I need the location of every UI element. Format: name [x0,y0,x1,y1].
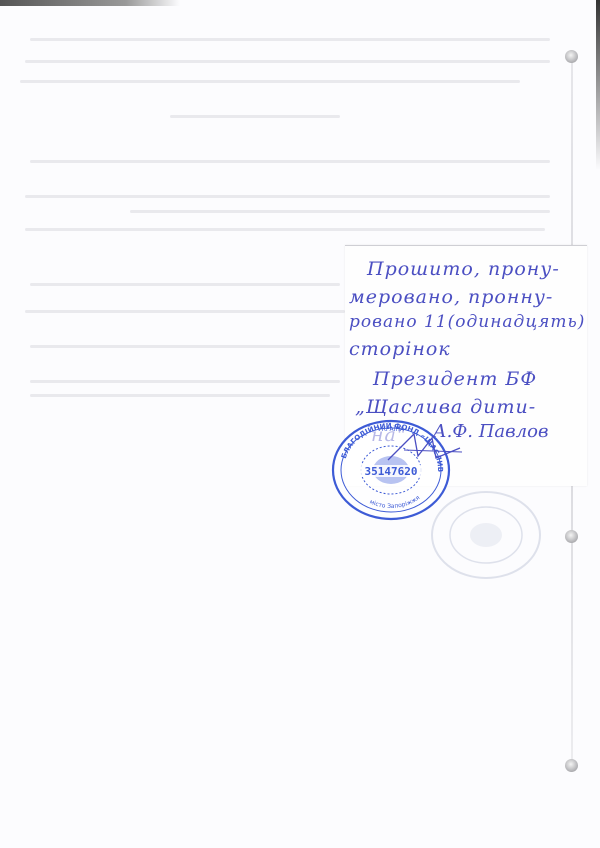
note-line: „Щаслива дити- [355,396,536,418]
binding-hole-icon [565,530,578,543]
note-line: ровано 11(одинадцять) [349,312,585,332]
note-line: сторінок [349,338,451,360]
svg-text:35147620: 35147620 [365,465,418,478]
note-line: Президент БФ [373,368,537,390]
note-line: Прошито, прону- [367,258,560,280]
binding-hole-icon [565,50,578,63]
signature: А.Ф. Павлов [433,421,548,442]
scanned-page: Прошито, прону- меровано, пронну- ровано… [0,0,600,848]
binding-hole-icon [565,759,578,772]
note-line: меровано, пронну- [349,286,553,308]
